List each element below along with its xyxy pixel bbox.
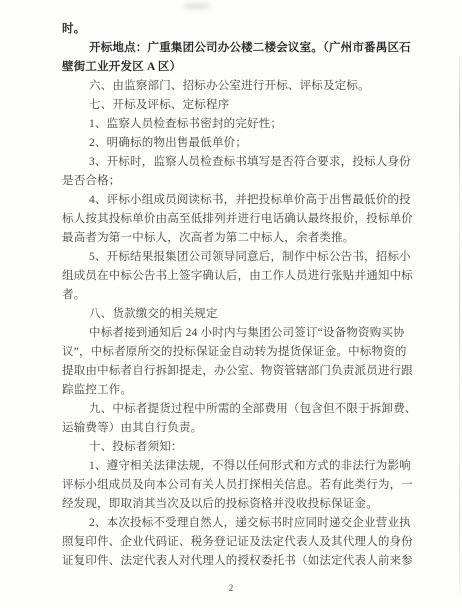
text-line: 七、开标及评标、定标程序 — [62, 96, 402, 115]
text-line: 证复印件、法定代表人对代理人的授权委托书（如法定代表人前来参 — [62, 552, 402, 571]
text-line: 开标地点：广重集团公司办公楼二楼会议室。（广州市番禺区石 — [62, 39, 402, 58]
text-line: 照复印件、企业代码证、税务登记证及法定代表人及其代理人的身份 — [62, 533, 402, 552]
text-line: 中标者接到通知后 24 小时内与集团公司签订“设备物资购买协 — [62, 324, 402, 343]
text-line: 5、开标结果报集团公司领导同意后，制作中标公告书，招标小 — [62, 248, 402, 267]
text-line: 时。 — [62, 20, 402, 39]
text-line: 4、评标小组成员阅读标书，并把投标单价高于出售最低价的投 — [62, 191, 402, 210]
text-line: 组成员在中标公告书上签字确认后，由工作人员进行张贴并通知中标 — [62, 267, 402, 286]
text-line: 议”，中标者原所交的投标保证金自动转为提货保证金。中标物资的 — [62, 343, 402, 362]
scan-edge-artifact — [459, 55, 460, 596]
text-line: 评标小组成员及向本公司有关人员打探相关信息。若有此类行为，一 — [62, 476, 402, 495]
text-line: 2、明确标的物出售最低单价； — [62, 134, 402, 153]
text-line: 十、投标者须知： — [62, 438, 402, 457]
document-page: 时。开标地点：广重集团公司办公楼二楼会议室。（广州市番禺区石壁街工业开发区 A … — [0, 0, 462, 608]
text-line: 运输费等）由其自行负责。 — [62, 419, 402, 438]
scan-smudge-artifact — [183, 3, 211, 9]
text-line: 1、遵守相关法律法规，不得以任何形式和方式的非法行为影响 — [62, 457, 402, 476]
text-line: 八、货款缴交的相关规定 — [62, 305, 402, 324]
text-line: 提取由中标者自行拆卸提走，办公室、物资管辖部门负责派员进行跟 — [62, 362, 402, 381]
text-line: 标人按其投标单价由高至低排列并进行电话确认最终报价，投标单价 — [62, 210, 402, 229]
text-line: 六、由监察部门、招标办公室进行开标、评标及定标。 — [62, 77, 402, 96]
text-line: 最高者为第一中标人，次高者为第二中标人，余者类推。 — [62, 229, 402, 248]
text-line: 踪监控工作。 — [62, 381, 402, 400]
text-line: 者。 — [62, 286, 402, 305]
text-line: 壁街工业开发区 A 区） — [62, 58, 402, 77]
text-line: 九、中标者提货过程中所需的全部费用（包含但不限于拆卸费、 — [62, 400, 402, 419]
text-line: 3、开标时，监察人员检查标书填写是否符合要求，投标人身份 — [62, 153, 402, 172]
page-number: 2 — [0, 583, 462, 593]
text-line: 经发现，即取消其当次及以后的投标资格并没收投标保证金。 — [62, 495, 402, 514]
text-line: 是否合格； — [62, 172, 402, 191]
text-line: 1、监察人员检查标书密封的完好性； — [62, 115, 402, 134]
document-body: 时。开标地点：广重集团公司办公楼二楼会议室。（广州市番禺区石壁街工业开发区 A … — [62, 20, 402, 571]
text-line: 2、本次投标不受理自然人，递交标书时应同时递交企业营业执 — [62, 514, 402, 533]
